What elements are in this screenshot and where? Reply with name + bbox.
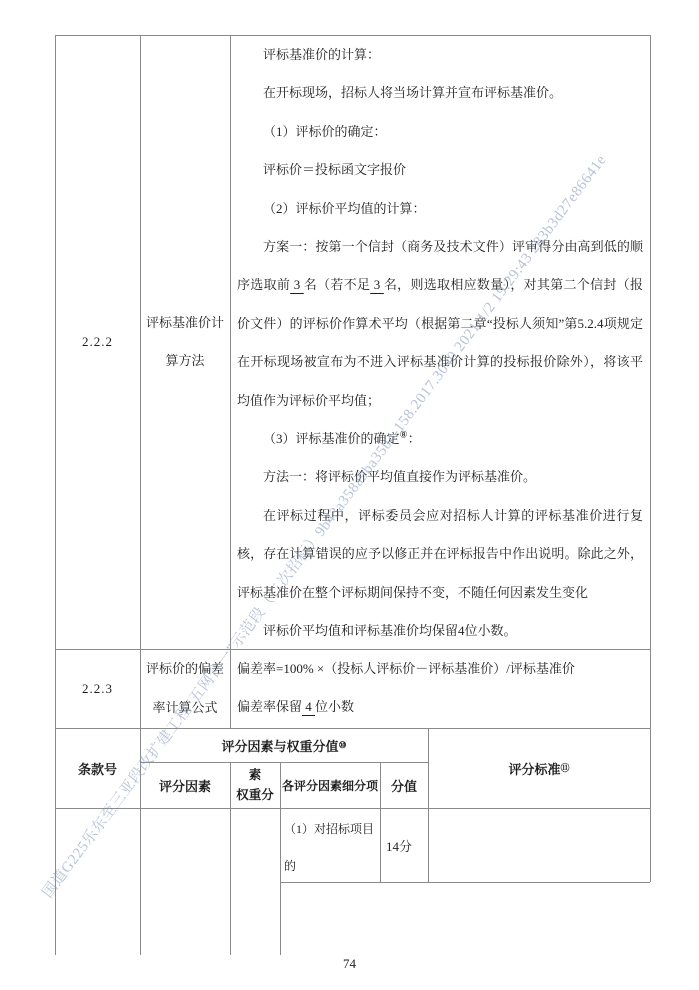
text-segment: 偏差率=100% ×（投标人评标价－评标基准价）/评标基准价 — [237, 661, 575, 676]
text-segment: 偏差率保留 — [237, 699, 302, 714]
detail-subheader: 各评分因素细分项 — [281, 763, 379, 807]
factor-subheader: 评分因素 — [141, 763, 229, 807]
text-segment: 3 — [290, 277, 304, 292]
text-segment: 名，则选取相应数量），对其第二个信封（报价文件）的评标价作算术平均（根据第二章“… — [237, 277, 643, 407]
criterion-score-cell: 14分 — [381, 809, 427, 881]
deviation-formula-text: 偏差率=100% ×（投标人评标价－评标基准价）/评标基准价偏差率保留 4 位小… — [231, 650, 649, 727]
group-header-label: 评分因素与权重分值 — [221, 736, 338, 755]
text-segment: 在开标现场，招标人将当场计算并宣布评标基准价。 — [263, 85, 562, 100]
benchmark-calculation-text: 评标基准价的计算：在开标现场，招标人将当场计算并宣布评标基准价。（1）评标价的确… — [231, 36, 649, 648]
text-line: 评标价的偏差 — [146, 650, 224, 688]
standard-header: 评分标准⑪ — [429, 729, 649, 807]
document-page: 国道G225乐东至三亚段改扩建工程“五网合一”示范段（二次招标）9b43a358… — [0, 0, 699, 990]
paragraph: （3）评标基准价的确定⑧： — [237, 420, 643, 458]
paragraph: 评标价平均值和评标基准价均保留4位小数。 — [237, 612, 643, 648]
text-segment: （3）评标基准价的确定 — [263, 431, 400, 446]
text-line: 算方法 — [165, 342, 204, 380]
text-segment: 方法一：将评标价平均值直接作为评标基准价。 — [263, 469, 536, 484]
table-border — [280, 882, 650, 883]
paragraph: （1）评标价的确定： — [237, 113, 643, 151]
paragraph: 方法一：将评标价平均值直接作为评标基准价。 — [237, 458, 643, 496]
footnote-ref: ⑧ — [400, 430, 408, 440]
text-segment: （1）评标价的确定： — [263, 124, 387, 139]
text-line: 率计算公式 — [152, 689, 217, 727]
text-segment: 4 — [302, 699, 315, 714]
text-line: （1）对招标项目的 — [284, 811, 376, 881]
text-segment: 3 — [370, 277, 384, 292]
paragraph: 评标基准价的计算： — [237, 36, 643, 74]
paragraph: 方案一：按第一个信封（商务及技术文件）评审得分由高到低的顺序选取前 3 名（若不… — [237, 228, 643, 420]
group-header: 评分因素与权重分值⑩ — [141, 729, 427, 761]
text-segment: （2）评标价平均值的计算： — [263, 201, 426, 216]
paragraph: 评标价＝投标函文字报价 — [237, 151, 643, 189]
standard-header-label: 评分标准 — [508, 759, 560, 778]
text-segment: 位小数 — [315, 699, 354, 714]
clause-number-2-2-2: 2.2.2 — [56, 36, 139, 648]
weight-subheader: 评分因素权重分值 — [231, 763, 279, 807]
paragraph: （2）评标价平均值的计算： — [237, 190, 643, 228]
paragraph: 偏差率保留 4 位小数 — [237, 688, 643, 726]
method-title-cell: 评标基准价计算方法 — [141, 36, 229, 648]
deviation-title-cell: 评标价的偏差率计算公式 — [141, 650, 229, 727]
page-number: 74 — [0, 956, 699, 972]
score-subheader: 分值 — [381, 763, 427, 807]
table-border — [650, 35, 651, 882]
paragraph: 在评标过程中，评标委员会应对招标人计算的评标基准价进行复核，存在计算错误的应予以… — [237, 497, 643, 612]
clause-column-header: 条款号 — [56, 729, 139, 807]
text-line: 评分因素 — [231, 763, 279, 785]
criterion-standard-cell-empty — [429, 809, 649, 881]
text-line: 评标基准价计 — [146, 304, 224, 342]
text-segment: 评标价平均值和评标基准价均保留4位小数。 — [263, 623, 517, 638]
paragraph: 在开标现场，招标人将当场计算并宣布评标基准价。 — [237, 74, 643, 112]
text-segment: 在评标过程中，评标委员会应对招标人计算的评标基准价进行复核，存在计算错误的应予以… — [237, 508, 643, 600]
text-segment: 评标价＝投标函文字报价 — [263, 162, 406, 177]
paragraph: 偏差率=100% ×（投标人评标价－评标基准价）/评标基准价 — [237, 650, 643, 688]
text-segment: 评标基准价的计算： — [263, 47, 380, 62]
text-segment: ： — [408, 431, 421, 446]
criterion-detail-cell: （1）对招标项目的理解和总体设计思路 — [281, 809, 379, 881]
text-segment: 名（若不足 — [304, 277, 370, 292]
text-line: 权重分值 — [231, 785, 279, 807]
clause-number-2-2-3: 2.2.3 — [56, 650, 139, 727]
